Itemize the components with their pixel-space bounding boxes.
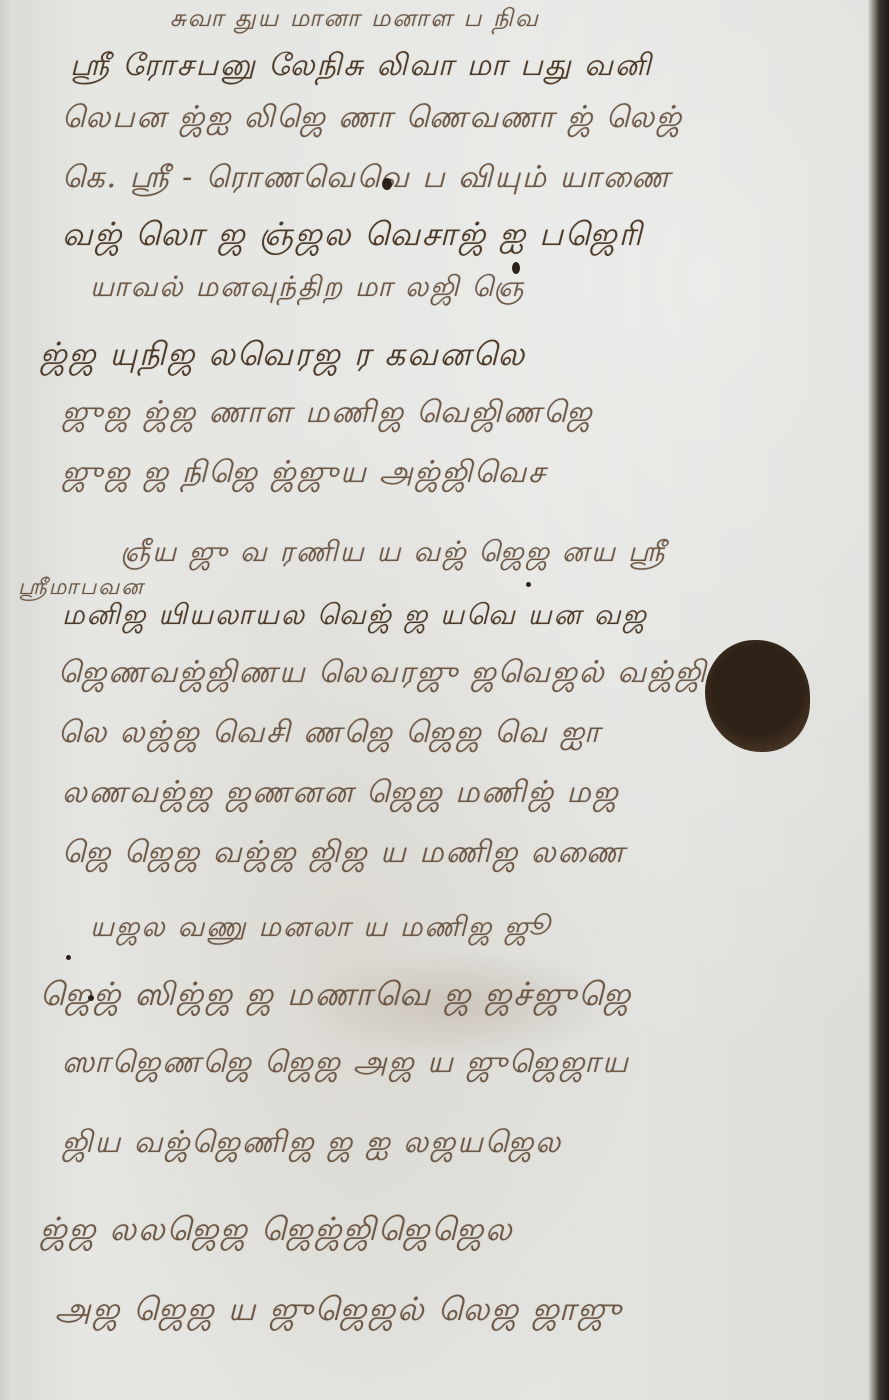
- paper-left-edge: [0, 0, 14, 1400]
- manuscript-line: ஜெஜ் ஸிஜ்ஜ ஜ மணாவெ ஜ ஜச்ஜுஜெ: [40, 975, 632, 1017]
- paper-right-edge: [868, 0, 889, 1400]
- manuscript-line: யஜல வணு மனலா ய மணிஜ ஜூ: [90, 910, 551, 947]
- manuscript-line: மனிஜ யியலாயல வெஜ் ஜ யவெ யன வஜ: [62, 598, 648, 635]
- manuscript-line: வஜ் லொ ஜ ஞ்ஜல வெசாஜ் ஐ பஜெரி: [62, 215, 644, 257]
- manuscript-line: லெ லஜ்ஜ வெசி ணஜெ ஜெஜ வெ ஐா: [58, 715, 602, 754]
- manuscript-line: கெ. ஸ்ரீ - ரொணவெவெ ப வியும் யாணை: [62, 160, 672, 199]
- ink-speck: [526, 582, 531, 587]
- manuscript-page: சுவா துய மானா மனாள ப நிவ ஸ்ரீ ரோசபனு லேந…: [0, 0, 880, 1400]
- manuscript-line: லெபன ஜ்ஐ லிஜெ ணா ணெவணா ஜ் லெஜ்: [62, 100, 683, 139]
- ink-speck: [88, 995, 94, 1001]
- ink-speck: [66, 955, 71, 960]
- manuscript-line: யாவல் மனவுந்திற மா லஜி ஞெ: [90, 270, 525, 307]
- manuscript-line: ஜ்ஜ யுநிஜ லவெரஜ ர கவனலெ: [40, 335, 526, 377]
- manuscript-line: ஜுஜ ஜ்ஜ ணாள மணிஜ வெஜிணஜெ: [62, 395, 594, 434]
- manuscript-line: ஜுஜ ஜ நிஜெ ஜ்ஜுய அஜ்ஜிவெச: [62, 455, 547, 494]
- ink-speck: [512, 262, 520, 274]
- ink-speck: [382, 178, 392, 190]
- manuscript-line: லணவஜ்ஜ ஜணனன ஜெஜ மணிஜ் மஜ: [62, 775, 620, 814]
- manuscript-line: அஜ ஜெஜ ய ஜுஜெஜல் லெஜ ஜாஜு: [55, 1290, 623, 1332]
- manuscript-line: ஜெ ஜெஜ வஜ்ஜ ஜிஜ ய மணிஜ லணை: [62, 835, 626, 874]
- manuscript-line: ஸாஜெணஜெ ஜெஜ அஜ ய ஜுஜெஜாய: [62, 1045, 630, 1084]
- manuscript-line: ஜ்ஜ லலஜெஜ ஜெஜ்ஜிஜெஜெல: [40, 1210, 514, 1252]
- ink-blot: [705, 640, 810, 752]
- manuscript-line: ஸ்ரீ ரோசபனு லேநிசு லிவா மா பது வனி: [70, 48, 653, 87]
- manuscript-line: ஜிய வஜ்ஜெணிஜ ஜ ஐ லஜயஜெல: [62, 1125, 562, 1164]
- manuscript-line: ஜெணவஜ்ஜிணய லெவரஜு ஜவெஜல் வஜ்ஜி: [58, 655, 708, 694]
- manuscript-line: சுவா துய மானா மனாள ப நிவ: [170, 4, 540, 35]
- manuscript-line: ஞீய ஜு வ ரணிய ய வஜ் ஜெஜ னய ஸ்ரீ: [120, 535, 666, 572]
